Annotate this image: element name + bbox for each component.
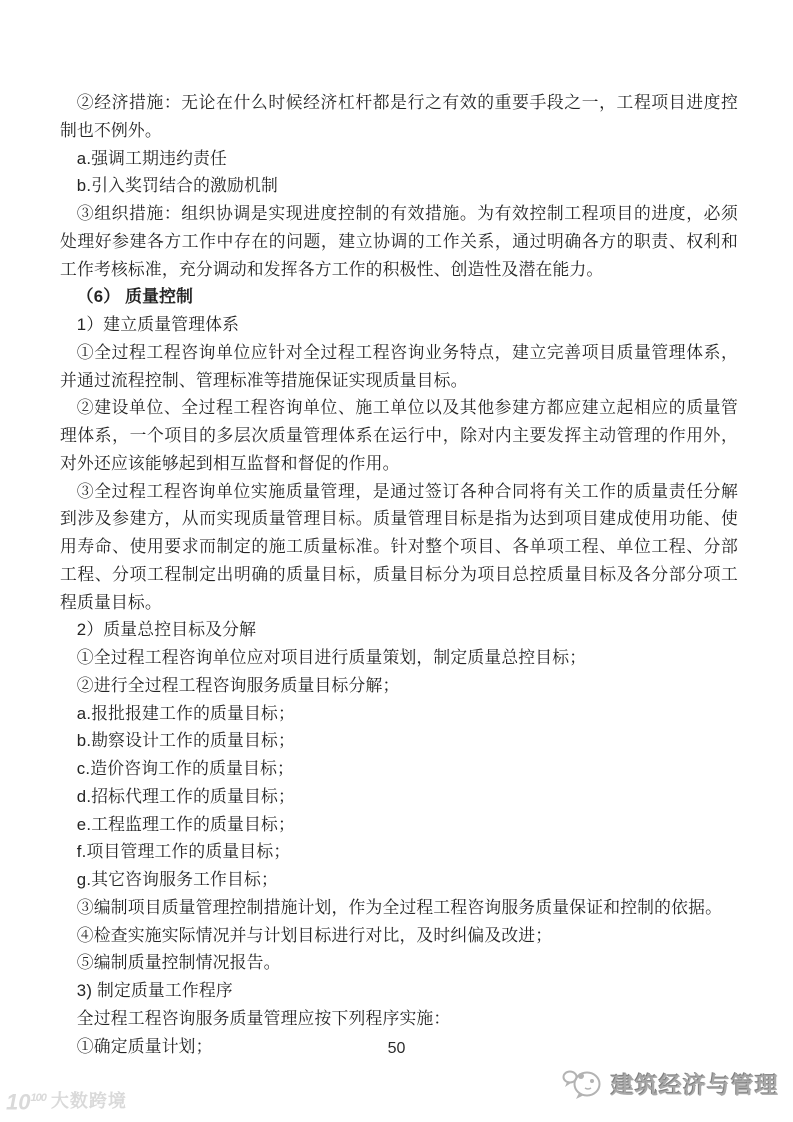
paragraph: 2）质量总控目标及分解 [60, 616, 738, 644]
paragraph: e.工程监理工作的质量目标； [60, 811, 738, 839]
panda-chat-bubble-icon [561, 1064, 603, 1102]
paragraph: a.强调工期违约责任 [60, 145, 738, 173]
paragraph: b.勘察设计工作的质量目标； [60, 727, 738, 755]
paragraph: （6） 质量控制 [60, 283, 738, 311]
dashukuajing-logo-icon: 10100 [6, 1088, 46, 1112]
dashukuajing-watermark: 10100 大数跨境 [6, 1088, 127, 1112]
paragraph: c.造价咨询工作的质量目标； [60, 755, 738, 783]
page-number: 50 [0, 1040, 793, 1058]
paragraph: ③全过程工程咨询单位实施质量管理，是通过签订各种合同将有关工作的质量责任分解到涉… [60, 478, 738, 617]
paragraph: 1）建立质量管理体系 [60, 311, 738, 339]
paragraph: ①全过程工程咨询单位应针对全过程工程咨询业务特点，建立完善项目质量管理体系，并通… [60, 339, 738, 395]
paragraph: 全过程工程咨询服务质量管理应按下列程序实施： [60, 1005, 738, 1033]
paragraph: ③组织措施：组织协调是实现进度控制的有效措施。为有效控制工程项目的进度，必须处理… [60, 200, 738, 283]
brand-watermark: 建筑经济与管理 [561, 1064, 779, 1102]
dashukuajing-watermark-text: 大数跨境 [51, 1090, 127, 1112]
brand-watermark-text: 建筑经济与管理 [611, 1067, 779, 1100]
paragraph: ②建设单位、全过程工程咨询单位、施工单位以及其他参建方都应建立起相应的质量管理体… [60, 394, 738, 477]
paragraph: 3) 制定质量工作程序 [60, 977, 738, 1005]
paragraph: a.报批报建工作的质量目标； [60, 700, 738, 728]
paragraph: ②进行全过程工程咨询服务质量目标分解； [60, 672, 738, 700]
paragraph: ②经济措施：无论在什么时候经济杠杆都是行之有效的重要手段之一，工程项目进度控制也… [60, 89, 738, 145]
paragraph: f.项目管理工作的质量目标； [60, 838, 738, 866]
paragraph: ①全过程工程咨询单位应对项目进行质量策划，制定质量总控目标； [60, 644, 738, 672]
paragraph: g.其它咨询服务工作目标； [60, 866, 738, 894]
paragraph: b.引入奖罚结合的激励机制 [60, 172, 738, 200]
document-content: ②经济措施：无论在什么时候经济杠杆都是行之有效的重要手段之一，工程项目进度控制也… [60, 89, 738, 1060]
paragraph: d.招标代理工作的质量目标； [60, 783, 738, 811]
paragraph: ③编制项目质量管理控制措施计划，作为全过程工程咨询服务质量保证和控制的依据。 [60, 894, 738, 922]
paragraph: ④检查实施实际情况并与计划目标进行对比，及时纠偏及改进； [60, 922, 738, 950]
document-page: ②经济措施：无论在什么时候经济杠杆都是行之有效的重要手段之一，工程项目进度控制也… [0, 0, 793, 1122]
paragraph: ⑤编制质量控制情况报告。 [60, 949, 738, 977]
